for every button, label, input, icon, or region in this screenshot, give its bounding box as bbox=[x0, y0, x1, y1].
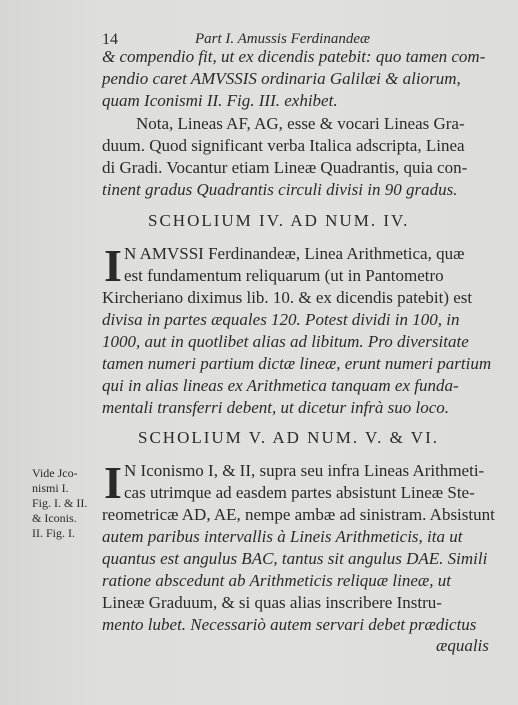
text-line: qui in alias lineas ex Arithmetica tanqu… bbox=[102, 375, 459, 397]
text-line: & compendio fit, ut ex dicendis patebit:… bbox=[102, 46, 485, 68]
margin-note: Vide Jco- nismi I. Fig. I. & II. & Iconi… bbox=[32, 466, 87, 541]
text-line: tamen numeri partium dictæ lineæ, erunt … bbox=[102, 353, 491, 375]
text-line: pendio caret AMVSSIS ordinaria Galilæi &… bbox=[102, 68, 461, 90]
text-line: N Iconismo I, & II, supra seu infra Line… bbox=[124, 460, 484, 482]
section-heading: SCHOLIUM IV. AD NUM. IV. bbox=[148, 211, 409, 231]
text-line: est fundamentum reliquarum (ut in Pantom… bbox=[124, 265, 444, 287]
text-line: mentali transferri debent, ut dicetur in… bbox=[102, 397, 449, 419]
text-line: divisa in partes æquales 120. Potest div… bbox=[102, 309, 459, 331]
text-line: Kircheriano diximus lib. 10. & ex dicend… bbox=[102, 287, 472, 309]
text-line: Nota, Lineas AF, AG, esse & vocari Linea… bbox=[136, 113, 465, 135]
text-line: tinent gradus Quadrantis circuli divisi … bbox=[102, 179, 457, 201]
text-line: Lineæ Graduum, & si quas alias inscriber… bbox=[102, 592, 442, 614]
catchword: æqualis bbox=[436, 636, 489, 656]
drop-cap: I bbox=[104, 243, 122, 289]
text-line: 1000, aut in quotlibet alias ad libitum.… bbox=[102, 331, 469, 353]
text-line: quantus est angulus BAC, tantus sit angu… bbox=[102, 548, 487, 570]
text-line: N AMVSSI Ferdinandeæ, Linea Arithmetica,… bbox=[124, 243, 464, 265]
text-line: cas utrimque ad easdem partes absistunt … bbox=[124, 482, 475, 504]
text-line: mento lubet. Necessariò autem servari de… bbox=[102, 614, 476, 636]
text-line: ratione abscedunt ab Arithmeticis reliqu… bbox=[102, 570, 451, 592]
section-heading: SCHOLIUM V. AD NUM. V. & VI. bbox=[138, 428, 439, 448]
book-page: 14 Part I. Amussis Ferdinandeæ & compend… bbox=[0, 0, 518, 705]
text-line: quam Iconismi II. Fig. III. exhibet. bbox=[102, 90, 338, 112]
text-line: duum. Quod significant verba Italica ads… bbox=[102, 135, 465, 157]
text-line: autem paribus intervallis à Lineis Arith… bbox=[102, 526, 462, 548]
text-line: reometricæ AD, AE, nempe ambæ ad sinistr… bbox=[102, 504, 495, 526]
drop-cap: I bbox=[104, 460, 122, 506]
text-line: di Gradi. Vocantur etiam Lineæ Quadranti… bbox=[102, 157, 467, 179]
